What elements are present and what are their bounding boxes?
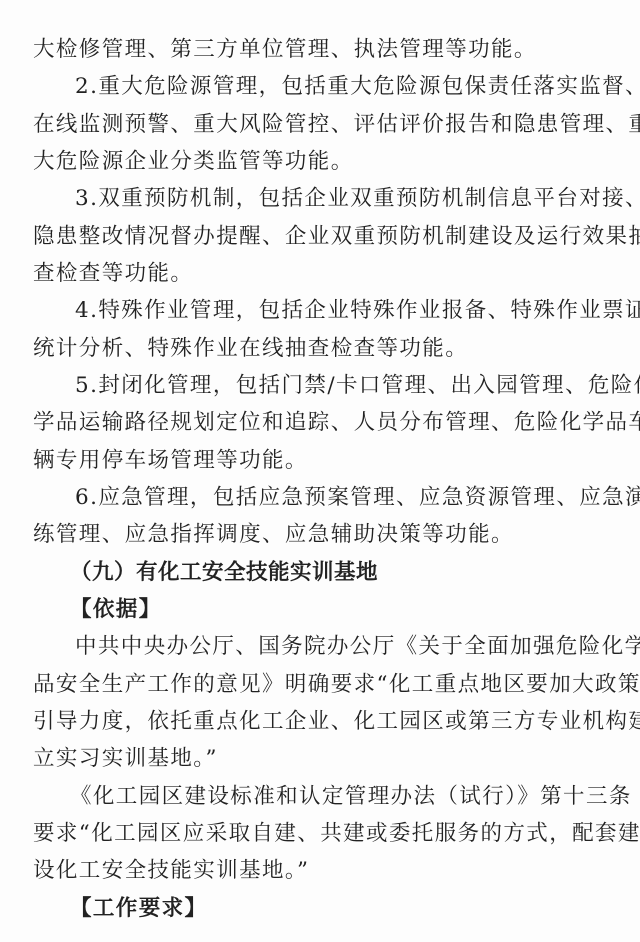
paragraph-start: 中共中央办公厅、国务院办公厅《关于全面加强危险化学 bbox=[75, 628, 615, 665]
text-line: 练管理、应急指挥调度、应急辅助决策等功能。 bbox=[33, 516, 613, 553]
paragraph-start: 《化工园区建设标准和认定管理办法（试行）》第十三条 bbox=[70, 778, 610, 815]
text-line: 大危险源企业分类监管等功能。 bbox=[33, 143, 613, 180]
subheading-basis: 【依据】 bbox=[70, 591, 610, 628]
text-line: 要求“化工园区应采取自建、共建或委托服务的方式，配套建 bbox=[33, 815, 613, 852]
list-item-3: 3.双重预防机制，包括企业双重预防机制信息平台对接、 bbox=[75, 180, 615, 217]
text-line: 在线监测预警、重大风险管控、评估评价报告和隐患管理、重 bbox=[33, 106, 613, 143]
text-line: 统计分析、特殊作业在线抽查检查等功能。 bbox=[33, 330, 613, 367]
text-line: 辆专用停车场管理等功能。 bbox=[33, 442, 613, 479]
text-line: 品安全生产工作的意见》明确要求“化工重点地区要加大政策 bbox=[33, 666, 613, 703]
subheading-work-requirements: 【工作要求】 bbox=[70, 890, 610, 927]
text-line: 隐患整改情况督办提醒、企业双重预防机制建设及运行效果抽 bbox=[33, 218, 613, 255]
text-line: 查检查等功能。 bbox=[33, 255, 613, 292]
list-item-2: 2.重大危险源管理，包括重大危险源包保责任落实监督、 bbox=[75, 68, 615, 105]
section-heading: （九）有化工安全技能实训基地 bbox=[70, 554, 610, 591]
text-line: 大检修管理、第三方单位管理、执法管理等功能。 bbox=[33, 31, 613, 68]
document-page: 大检修管理、第三方单位管理、执法管理等功能。 2.重大危险源管理，包括重大危险源… bbox=[0, 0, 640, 942]
text-line: 引导力度，依托重点化工企业、化工园区或第三方专业机构建 bbox=[33, 703, 613, 740]
text-line: 立实习实训基地。” bbox=[33, 740, 613, 777]
list-item-4: 4.特殊作业管理，包括企业特殊作业报备、特殊作业票证 bbox=[75, 292, 615, 329]
list-item-6: 6.应急管理，包括应急预案管理、应急资源管理、应急演 bbox=[75, 479, 615, 516]
text-line: 设化工安全技能实训基地。” bbox=[33, 852, 613, 889]
text-line: 学品运输路径规划定位和追踪、人员分布管理、危险化学品车 bbox=[33, 404, 613, 441]
list-item-5: 5.封闭化管理，包括门禁/卡口管理、出入园管理、危险化 bbox=[75, 367, 615, 404]
